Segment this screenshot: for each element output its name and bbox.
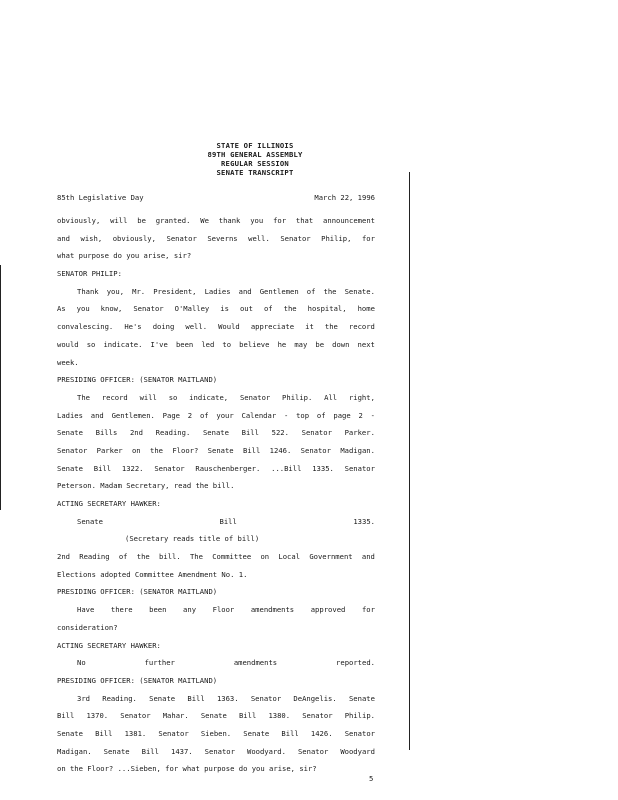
transcript-line: Bill1370.SenatorMahar.SenateBill1380.Sen… <box>57 711 375 729</box>
transcript-line: Thankyou,Mr.President,LadiesandGentlemen… <box>57 287 375 305</box>
speaker-label: PRESIDING OFFICER: (SENATOR MAITLAND) <box>57 676 375 694</box>
transcript-line: consideration? <box>57 623 375 641</box>
header-state: STATE OF ILLINOIS <box>150 141 360 150</box>
speaker-label: PRESIDING OFFICER: (SENATOR MAITLAND) <box>57 375 375 393</box>
transcript-line: wouldsoindicate.I'vebeenledtobelievehema… <box>57 340 375 358</box>
transcript-line: 2ndReadingofthebill.TheCommitteeonLocalG… <box>57 552 375 570</box>
transcript-line: Peterson. Madam Secretary, read the bill… <box>57 481 375 499</box>
transcript-line: 3rdReading.SenateBill1363.SenatorDeAngel… <box>57 694 375 712</box>
transcript-line: Therecordwillsoindicate,SenatorPhilip.Al… <box>57 393 375 411</box>
transcript-line: Elections adopted Committee Amendment No… <box>57 570 375 588</box>
transcript-line: Nofurtheramendmentsreported. <box>57 658 375 676</box>
transcript-date: March 22, 1996 <box>314 193 375 202</box>
transcript-line: week. <box>57 358 375 376</box>
speaker-label: ACTING SECRETARY HAWKER: <box>57 499 375 517</box>
speaker-label: PRESIDING OFFICER: (SENATOR MAITLAND) <box>57 587 375 605</box>
transcript-line: SenateBill1322.SenatorRauschenberger....… <box>57 464 375 482</box>
transcript-line: andwish,obviously,SenatorSevernswell.Sen… <box>57 234 375 252</box>
revision-bar-right <box>409 172 410 750</box>
header-assembly: 89TH GENERAL ASSEMBLY <box>150 150 360 159</box>
transcript-line: convalescing.He'sdoingwell.Wouldapprecia… <box>57 322 375 340</box>
header-session: REGULAR SESSION <box>150 159 360 168</box>
transcript-body: obviously,willbegranted.Wethankyoufortha… <box>57 216 375 782</box>
transcript-line: SenateBills2ndReading.SenateBill522.Sena… <box>57 428 375 446</box>
speaker-label: ACTING SECRETARY HAWKER: <box>57 641 375 659</box>
transcript-line: on the Floor? ...Sieben, for what purpos… <box>57 764 375 782</box>
transcript-line: SenatorParkerontheFloor?SenateBill1246.S… <box>57 446 375 464</box>
transcript-line: LadiesandGentlemen.Page2ofyourCalendar-t… <box>57 411 375 429</box>
transcript-line: (Secretary reads title of bill) <box>57 534 375 552</box>
document-header: STATE OF ILLINOIS 89TH GENERAL ASSEMBLY … <box>150 141 360 177</box>
legislative-day-line: 85th Legislative Day March 22, 1996 <box>57 193 375 202</box>
page-number: 5 <box>369 774 373 783</box>
speaker-label: SENATOR PHILIP: <box>57 269 375 287</box>
revision-bar-left <box>0 265 1 510</box>
legislative-day: 85th Legislative Day <box>57 193 144 202</box>
transcript-line: obviously,willbegranted.Wethankyoufortha… <box>57 216 375 234</box>
transcript-line: SenateBill1381.SenatorSieben.SenateBill1… <box>57 729 375 747</box>
transcript-line: Madigan.SenateBill1437.SenatorWoodyard.S… <box>57 747 375 765</box>
transcript-line: SenateBill1335. <box>57 517 375 535</box>
header-transcript: SENATE TRANSCRIPT <box>150 168 360 177</box>
transcript-line: Asyouknow,SenatorO'Malleyisoutofthehospi… <box>57 304 375 322</box>
transcript-line: HavetherebeenanyFlooramendmentsapprovedf… <box>57 605 375 623</box>
transcript-line: what purpose do you arise, sir? <box>57 251 375 269</box>
